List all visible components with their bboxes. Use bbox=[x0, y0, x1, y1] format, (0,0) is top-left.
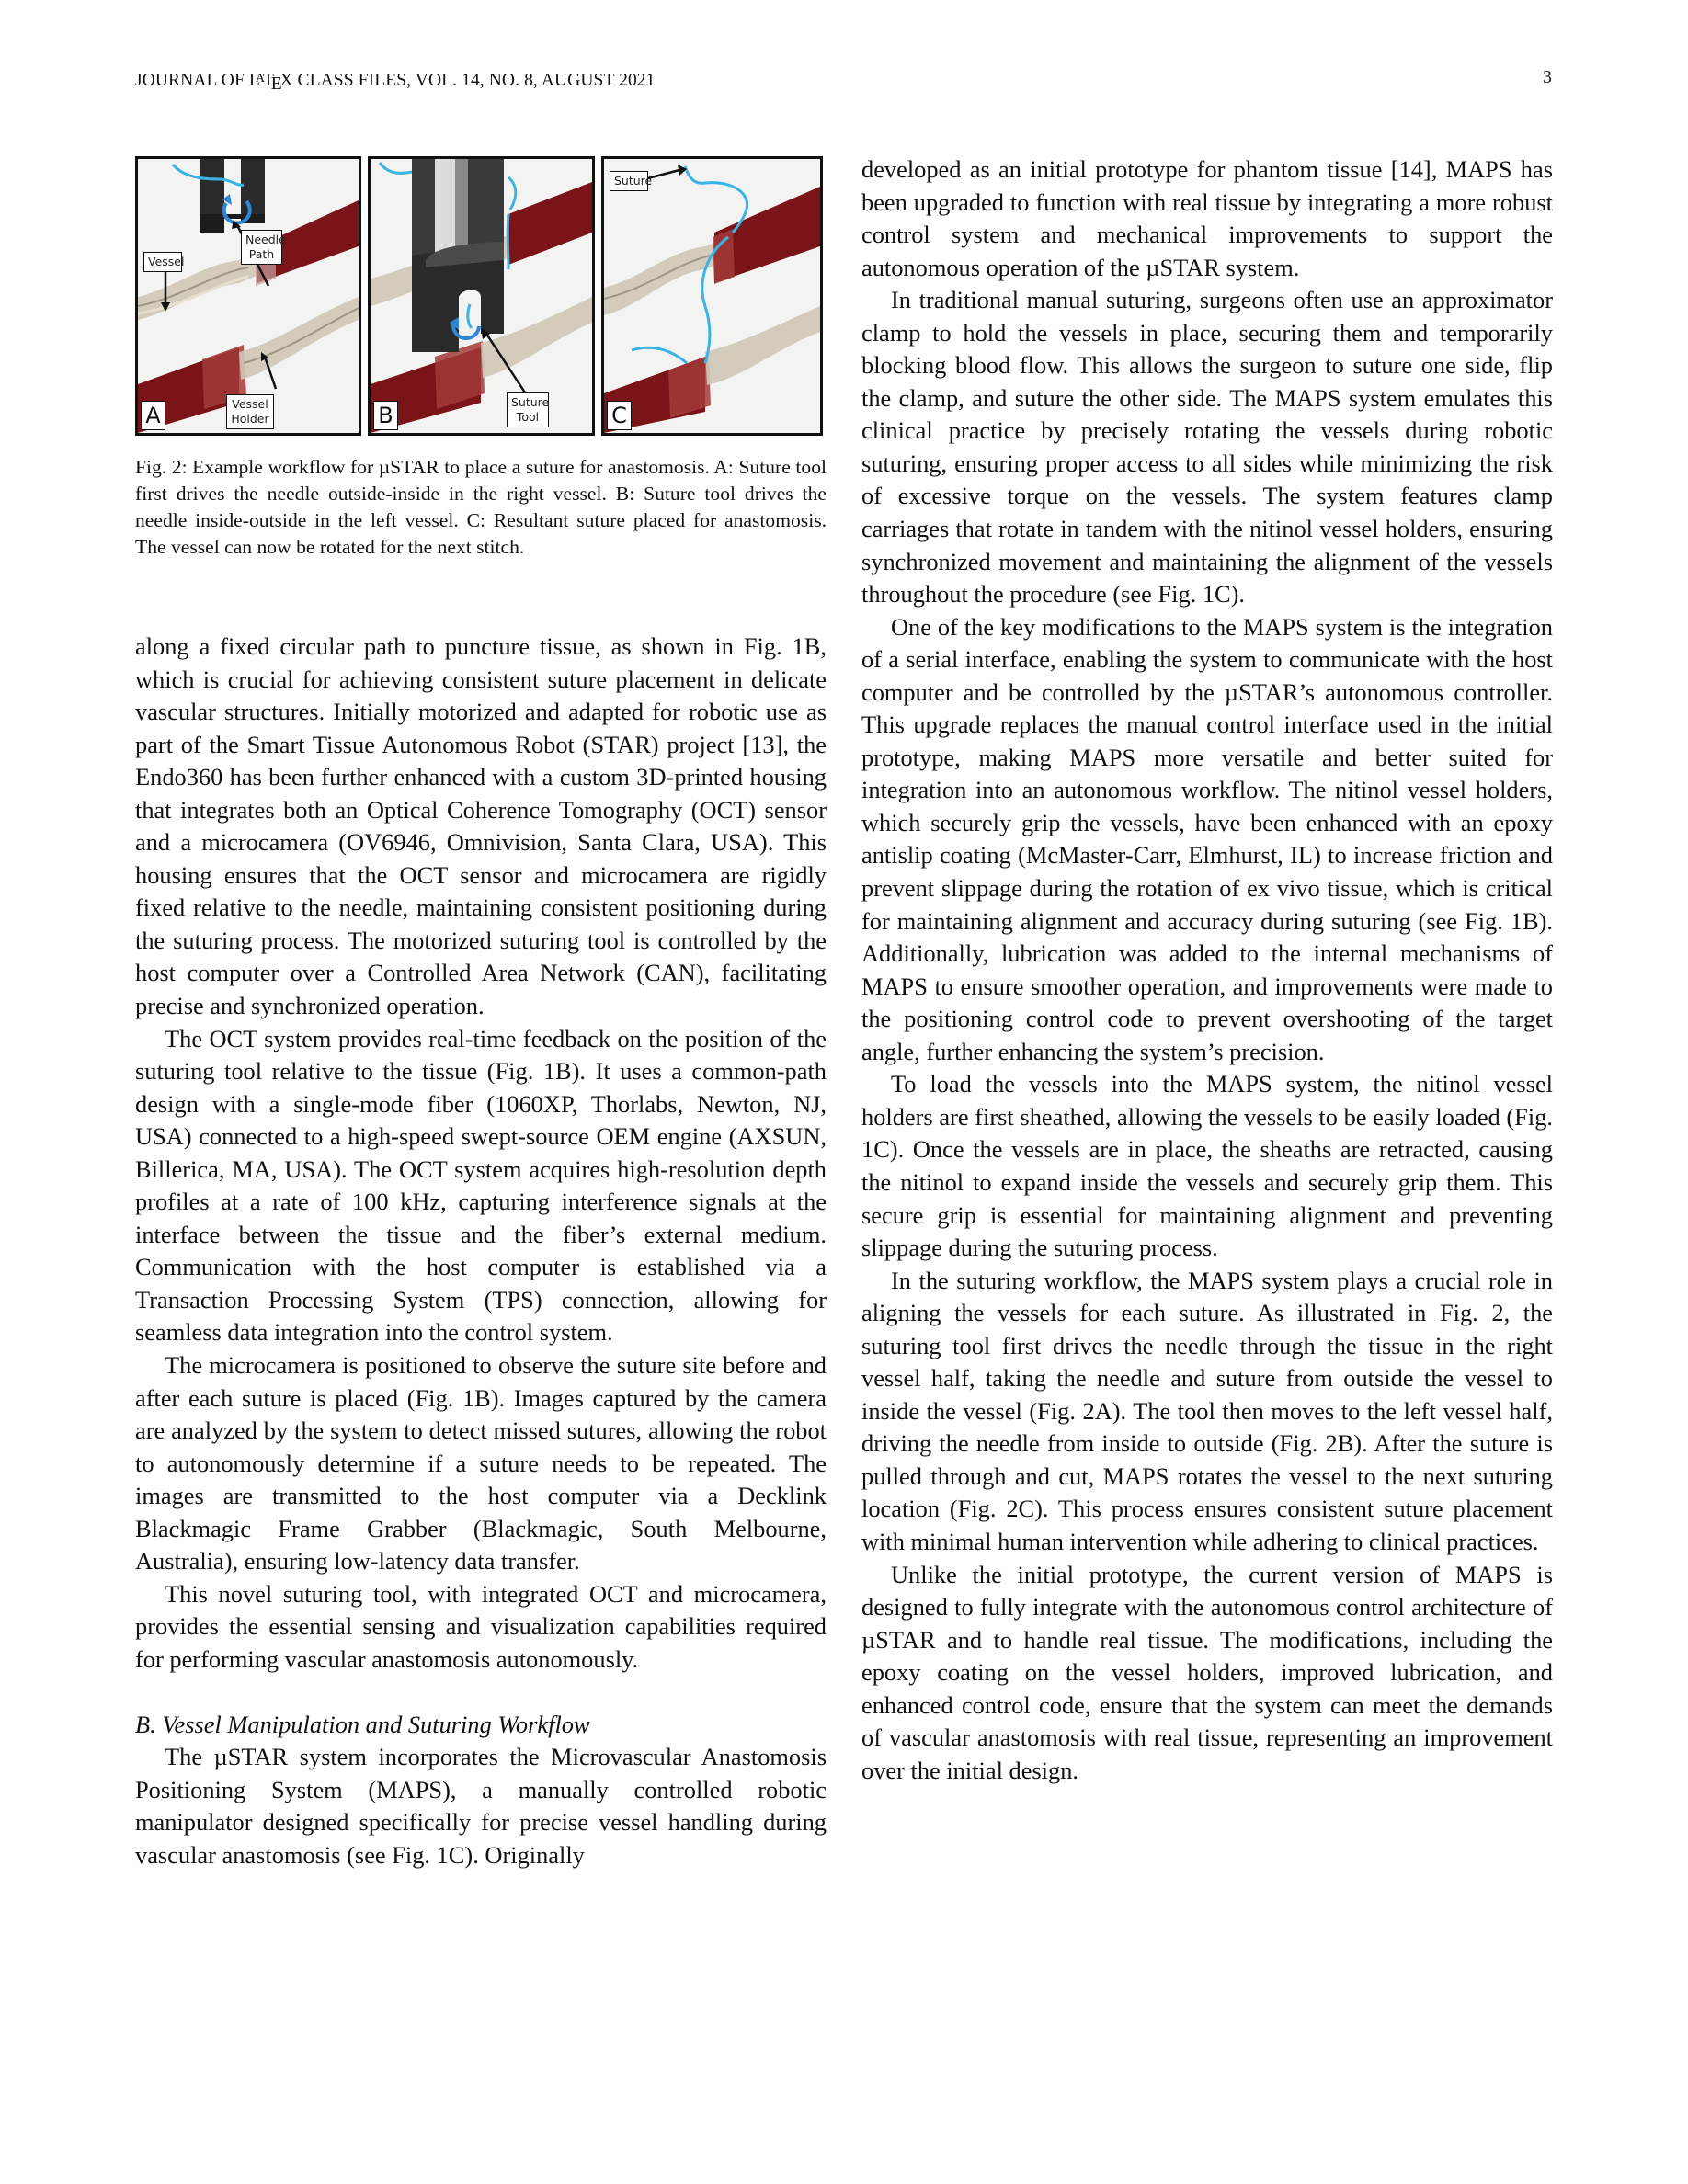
panel-letter-a: A bbox=[141, 401, 165, 430]
page-number: 3 bbox=[1543, 64, 1552, 92]
paragraph: This novel suturing tool, with integrate… bbox=[135, 1578, 827, 1677]
paragraph: The microcamera is positioned to observe… bbox=[135, 1349, 827, 1578]
panel-letter-b: B bbox=[373, 401, 398, 430]
figure-panel-a: Needle Path Vessel Vessel Holder A bbox=[135, 156, 361, 436]
panel-a-illustration-icon bbox=[138, 159, 359, 433]
section-heading: B. Vessel Manipulation and Suturing Work… bbox=[135, 1709, 827, 1742]
journal-title: JOURNAL OF LATEX CLASS FILES, VOL. 14, N… bbox=[135, 64, 656, 98]
label-vessel: Vessel bbox=[143, 252, 182, 272]
label-line: Vessel bbox=[231, 397, 269, 412]
paragraph: The µSTAR system incorporates the Microv… bbox=[135, 1741, 827, 1871]
section-spacer bbox=[135, 1677, 827, 1709]
right-column: developed as an initial prototype for ph… bbox=[861, 154, 1553, 1787]
latex-logo: LATEX bbox=[249, 71, 293, 90]
figure-caption: Fig. 2: Example workflow for µSTAR to pl… bbox=[135, 454, 827, 561]
label-line: Vessel bbox=[148, 255, 177, 269]
label-suture: Suture bbox=[610, 171, 648, 191]
panel-b-illustration-icon bbox=[371, 159, 592, 433]
panel-c-illustration-icon bbox=[604, 159, 820, 433]
label-line: Tool bbox=[511, 410, 544, 425]
paragraph: In traditional manual suturing, surgeons… bbox=[861, 284, 1553, 610]
paragraph: developed as an initial prototype for ph… bbox=[861, 154, 1553, 284]
journal-suffix: CLASS FILES, VOL. 14, NO. 8, AUGUST 2021 bbox=[293, 71, 656, 90]
paragraph: along a fixed circular path to puncture … bbox=[135, 631, 827, 1023]
panel-letter-c: C bbox=[607, 401, 632, 430]
label-line: Needle bbox=[245, 233, 278, 247]
figure-panel-b: Suture Tool B bbox=[368, 156, 595, 436]
label-line: Path bbox=[245, 247, 278, 262]
caption-text: Fig. 2: Example workflow for µSTAR to pl… bbox=[135, 454, 827, 561]
label-line: Holder bbox=[231, 412, 269, 427]
journal-prefix: JOURNAL OF bbox=[135, 71, 249, 90]
label-needle-path: Needle Path bbox=[241, 230, 282, 265]
paragraph: The OCT system provides real-time feedba… bbox=[135, 1023, 827, 1349]
paragraph: To load the vessels into the MAPS system… bbox=[861, 1068, 1553, 1264]
label-line: Suture bbox=[614, 174, 644, 188]
label-suture-tool: Suture Tool bbox=[507, 392, 549, 427]
figure-panel-c: Suture C bbox=[601, 156, 823, 436]
label-line: Suture bbox=[511, 395, 544, 410]
label-vessel-holder: Vessel Holder bbox=[226, 394, 274, 429]
paragraph: In the suturing workflow, the MAPS syste… bbox=[861, 1265, 1553, 1559]
paragraph: Unlike the initial prototype, the curren… bbox=[861, 1559, 1553, 1788]
latex-x: X bbox=[279, 71, 292, 90]
running-header: JOURNAL OF LATEX CLASS FILES, VOL. 14, N… bbox=[135, 64, 1552, 92]
left-column: along a fixed circular path to puncture … bbox=[135, 631, 827, 1871]
paragraph: One of the key modifications to the MAPS… bbox=[861, 611, 1553, 1069]
figure-2: Needle Path Vessel Vessel Holder A bbox=[135, 156, 823, 439]
